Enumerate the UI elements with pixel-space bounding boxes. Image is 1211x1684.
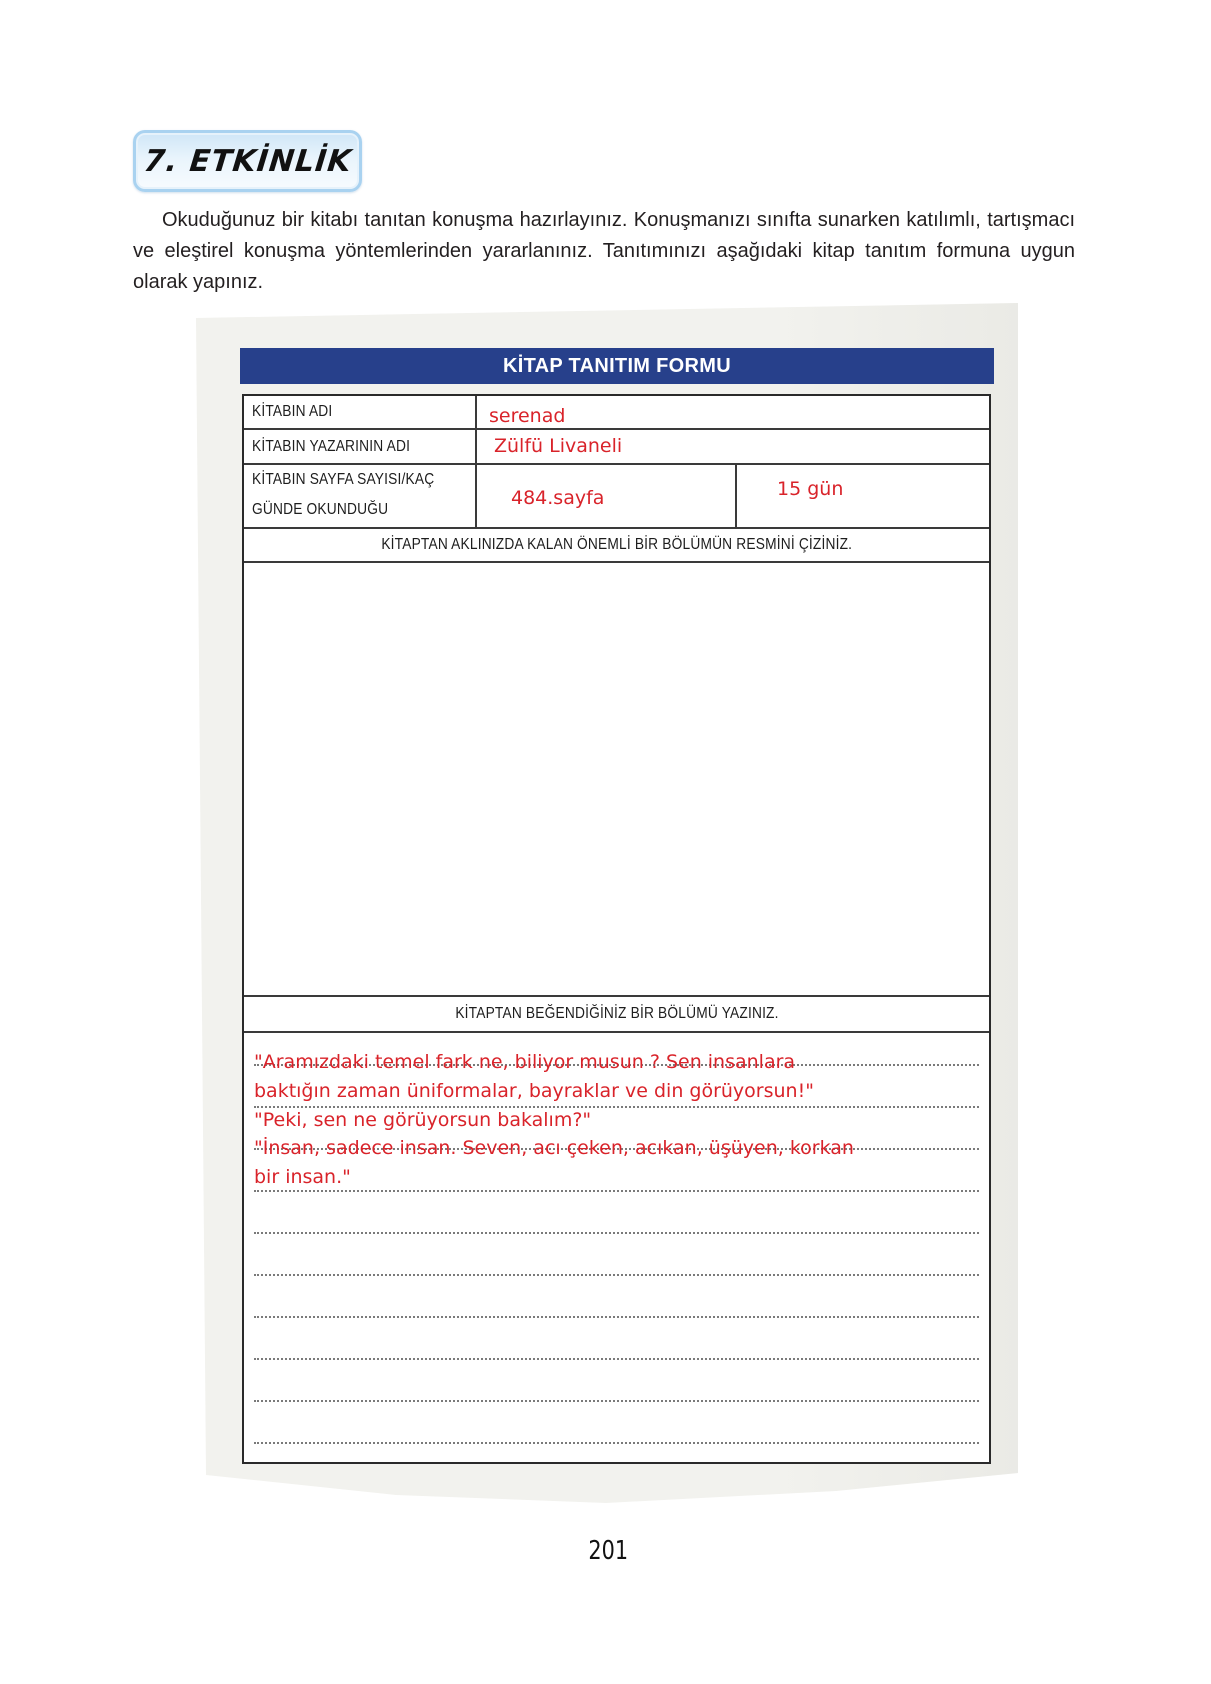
activity-title: 7. ETKİNLİK	[142, 144, 353, 179]
pages-days-label-line1: KİTABIN SAYFA SAYISI/KAÇ	[252, 471, 434, 489]
form-row-pages-days: KİTABIN SAYFA SAYISI/KAÇ GÜNDE OKUNDUĞU …	[244, 465, 989, 529]
days-value: 15 gün	[777, 478, 843, 500]
writing-line	[254, 1316, 979, 1318]
writing-line	[254, 1358, 979, 1360]
favorite-passage-area[interactable]: "Aramızdaki temel fark ne, biliyor musun…	[244, 1033, 989, 1462]
quote-line-4: "İnsan, sadece insan. Seven, acı çeken, …	[254, 1137, 854, 1159]
writing-line	[254, 1442, 979, 1444]
book-name-label-cell: KİTABIN ADI	[244, 396, 477, 428]
form-row-author: KİTABIN YAZARININ ADI Zülfü Livaneli	[244, 430, 989, 465]
page-count-field[interactable]: 484.sayfa	[479, 465, 737, 527]
writing-line	[254, 1232, 979, 1234]
book-review-form: KİTABIN ADI serenad KİTABIN YAZARININ AD…	[242, 394, 991, 1464]
author-field[interactable]: Zülfü Livaneli	[479, 430, 989, 463]
drawing-section-header: KİTAPTAN AKLINIZDA KALAN ÖNEMLİ BİR BÖLÜ…	[244, 529, 989, 563]
book-name-field[interactable]: serenad	[479, 396, 989, 428]
quote-line-1: "Aramızdaki temel fark ne, biliyor musun…	[254, 1051, 795, 1073]
drawing-section-title: KİTAPTAN AKLINIZDA KALAN ÖNEMLİ BİR BÖLÜ…	[381, 536, 852, 554]
writing-line	[254, 1274, 979, 1276]
writing-line	[254, 1190, 979, 1192]
quote-line-2: baktığın zaman üniformalar, bayraklar ve…	[254, 1080, 814, 1102]
page-count-value: 484.sayfa	[511, 487, 604, 509]
favorite-section-header: KİTAPTAN BEĞENDİĞİNİZ BİR BÖLÜMÜ YAZINIZ…	[244, 997, 989, 1033]
pages-days-label-cell: KİTABIN SAYFA SAYISI/KAÇ GÜNDE OKUNDUĞU	[244, 465, 477, 527]
author-label-cell: KİTABIN YAZARININ ADI	[244, 430, 477, 463]
form-title: KİTAP TANITIM FORMU	[503, 355, 731, 378]
form-row-book-name: KİTABIN ADI serenad	[244, 396, 989, 430]
pages-days-label-line2: GÜNDE OKUNDUĞU	[252, 501, 388, 519]
page-number: 201	[588, 1536, 623, 1566]
quote-line-3: "Peki, sen ne görüyorsun bakalım?"	[254, 1109, 591, 1131]
favorite-section-title: KİTAPTAN BEĞENDİĞİNİZ BİR BÖLÜMÜ YAZINIZ…	[455, 1005, 778, 1023]
form-title-bar: KİTAP TANITIM FORMU	[240, 348, 994, 384]
writing-line	[254, 1106, 979, 1108]
writing-line	[254, 1400, 979, 1402]
drawing-area[interactable]	[244, 563, 989, 997]
book-name-label: KİTABIN ADI	[252, 403, 332, 421]
author-label: KİTABIN YAZARININ ADI	[252, 438, 410, 456]
book-name-value: serenad	[489, 405, 565, 427]
activity-badge: 7. ETKİNLİK	[133, 130, 362, 192]
days-field[interactable]: 15 gün	[737, 465, 989, 527]
author-value: Zülfü Livaneli	[494, 435, 622, 457]
activity-instructions: Okuduğunuz bir kitabı tanıtan konuşma ha…	[133, 205, 1075, 298]
quote-line-5: bir insan."	[254, 1166, 351, 1188]
